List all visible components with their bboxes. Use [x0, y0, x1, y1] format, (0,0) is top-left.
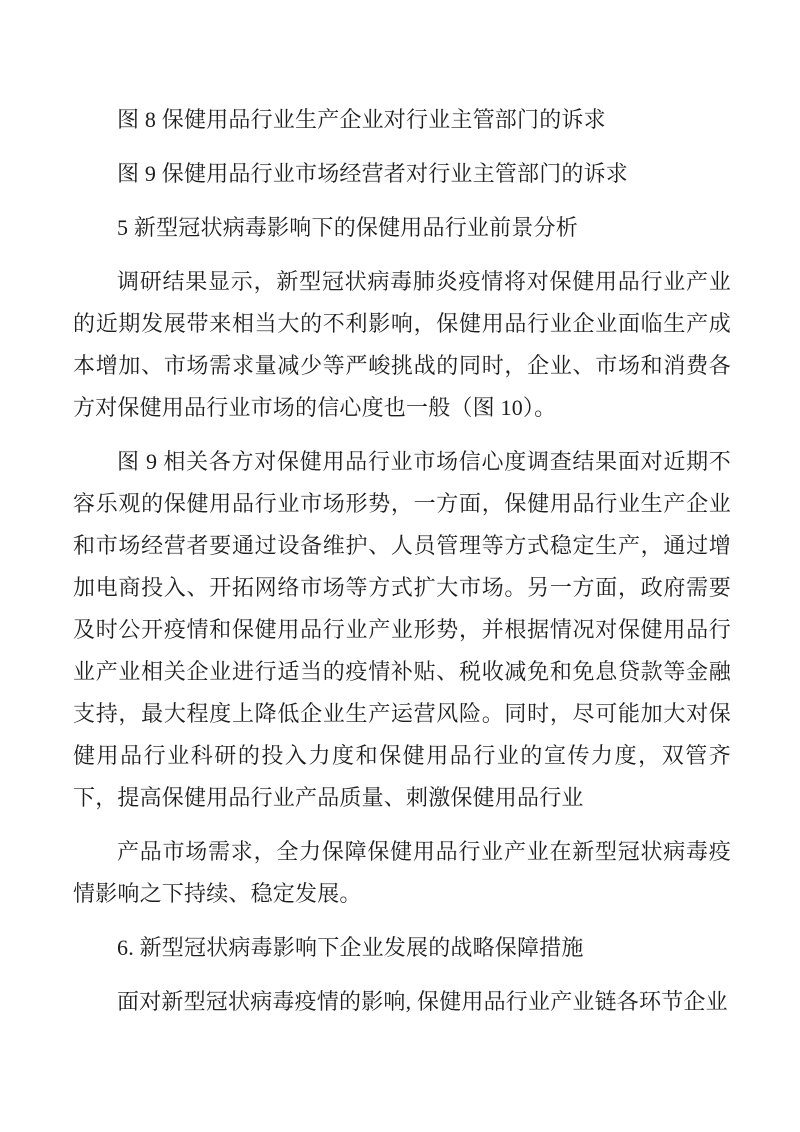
paragraph-facing-epidemic: 面对新型冠状病毒疫情的影响, 保健用品行业产业链各环节企业 [73, 981, 731, 1023]
figure9-caption-line: 图 9 保健用品行业市场经营者对行业主管部门的诉求 [73, 153, 731, 195]
paragraph-survey-results: 调研结果显示，新型冠状病毒肺炎疫情将对保健用品行业产业的近期发展带来相当大的不利… [73, 261, 731, 429]
paragraph-figure9-analysis: 图 9 相关各方对保健用品行业市场信心度调查结果面对近期不容乐观的保健用品行业市… [73, 441, 731, 819]
document-page: 图 8 保健用品行业生产企业对行业主管部门的诉求 图 9 保健用品行业市场经营者… [73, 99, 731, 1033]
paragraph-market-demand: 产品市场需求，全力保障保健用品行业产业在新型冠状病毒疫情影响之下持续、稳定发展。 [73, 831, 731, 915]
figure8-caption-line: 图 8 保健用品行业生产企业对行业主管部门的诉求 [73, 99, 731, 141]
section5-heading: 5 新型冠状病毒影响下的保健用品行业前景分析 [73, 207, 731, 249]
section6-heading: 6. 新型冠状病毒影响下企业发展的战略保障措施 [73, 927, 731, 969]
